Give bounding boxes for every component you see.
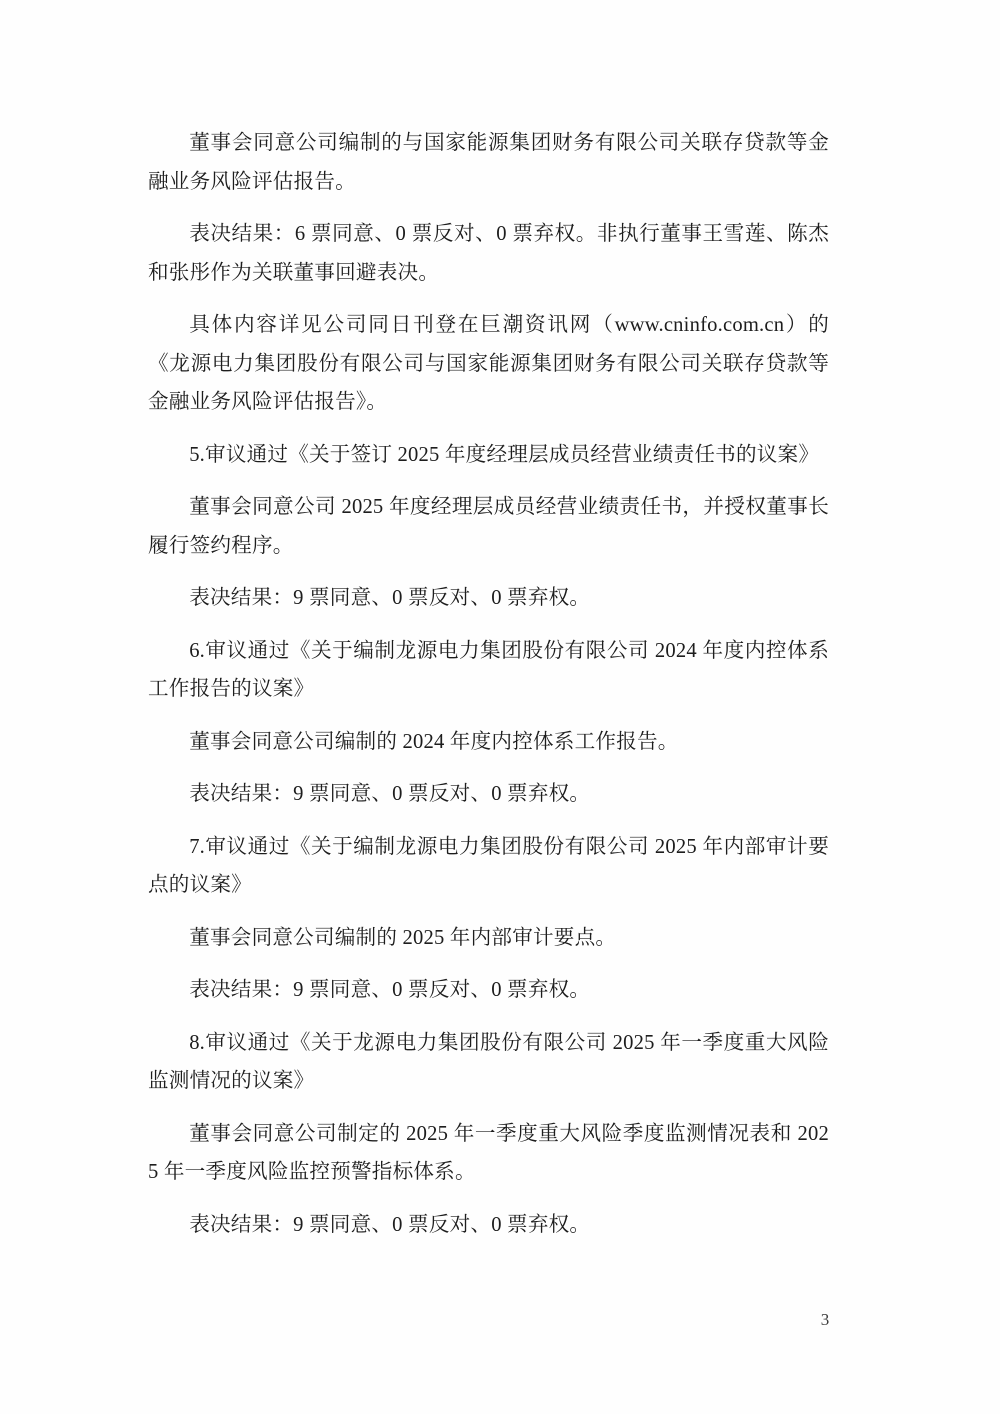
- paragraph-vote-result-item-7: 表决结果：9 票同意、0 票反对、0 票弃权。: [148, 971, 829, 1010]
- document-page: 董事会同意公司编制的与国家能源集团财务有限公司关联存贷款等金融业务风险评估报告。…: [0, 0, 1000, 1414]
- paragraph-item-6-title: 6.审议通过《关于编制龙源电力集团股份有限公司 2024 年度内控体系工作报告的…: [148, 632, 829, 709]
- paragraph-vote-result-item-8: 表决结果：9 票同意、0 票反对、0 票弃权。: [148, 1206, 829, 1245]
- paragraph-item-7-title: 7.审议通过《关于编制龙源电力集团股份有限公司 2025 年内部审计要点的议案》: [148, 828, 829, 905]
- paragraph-item-6-approval: 董事会同意公司编制的 2024 年度内控体系工作报告。: [148, 723, 829, 762]
- document-body: 董事会同意公司编制的与国家能源集团财务有限公司关联存贷款等金融业务风险评估报告。…: [148, 124, 829, 1258]
- paragraph-item-8-title: 8.审议通过《关于龙源电力集团股份有限公司 2025 年一季度重大风险监测情况的…: [148, 1024, 829, 1101]
- paragraph-disclosure-reference: 具体内容详见公司同日刊登在巨潮资讯网（www.cninfo.com.cn）的《龙…: [148, 306, 829, 422]
- paragraph-item-7-approval: 董事会同意公司编制的 2025 年内部审计要点。: [148, 919, 829, 958]
- paragraph-resolution-4-approval: 董事会同意公司编制的与国家能源集团财务有限公司关联存贷款等金融业务风险评估报告。: [148, 124, 829, 201]
- paragraph-item-5-title: 5.审议通过《关于签订 2025 年度经理层成员经营业绩责任书的议案》: [148, 436, 829, 475]
- paragraph-vote-result-item-6: 表决结果：9 票同意、0 票反对、0 票弃权。: [148, 775, 829, 814]
- paragraph-vote-result-item-4: 表决结果：6 票同意、0 票反对、0 票弃权。非执行董事王雪莲、陈杰和张彤作为关…: [148, 215, 829, 292]
- paragraph-item-5-approval: 董事会同意公司 2025 年度经理层成员经营业绩责任书，并授权董事长履行签约程序…: [148, 488, 829, 565]
- paragraph-item-8-approval: 董事会同意公司制定的 2025 年一季度重大风险季度监测情况表和 2025 年一…: [148, 1115, 829, 1192]
- paragraph-vote-result-item-5: 表决结果：9 票同意、0 票反对、0 票弃权。: [148, 579, 829, 618]
- page-number: 3: [790, 1308, 860, 1332]
